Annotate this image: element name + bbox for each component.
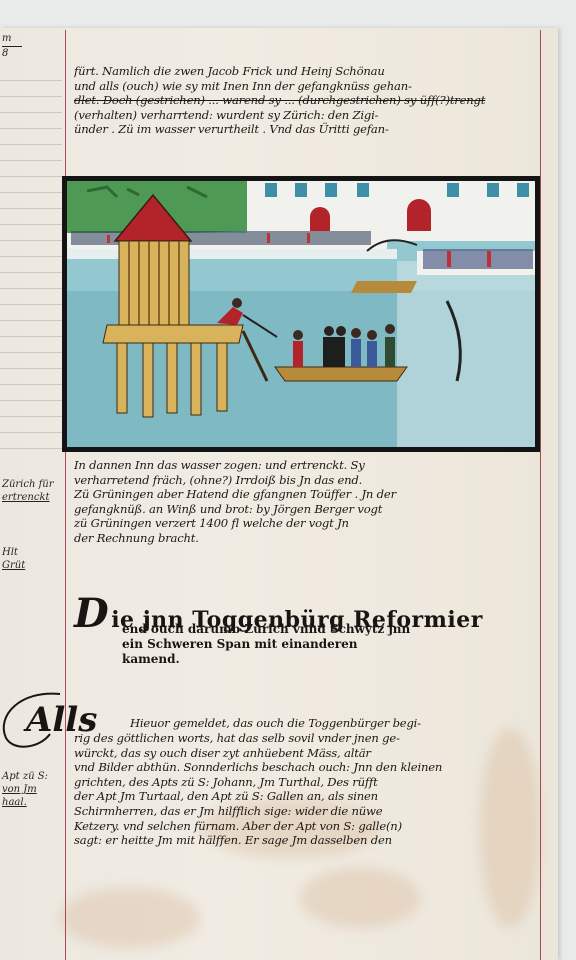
subheading-line: ein Schweren Span mit einanderen bbox=[122, 637, 410, 652]
text-line: ünder . Zü im wasser verurtheilt . Vnd d… bbox=[74, 122, 544, 137]
margin-note-line: Grüt bbox=[2, 559, 25, 572]
margin-note-line: Zürich für bbox=[2, 478, 54, 491]
text-line: Ketzery. vnd selchen fürnam. Aber der Ap… bbox=[74, 819, 544, 834]
flourish-icon bbox=[0, 686, 70, 756]
margin-note-line: von Jm bbox=[2, 783, 48, 796]
text-line: der Apt Jm Turtaal, den Apt zü S: Gallen… bbox=[74, 789, 544, 804]
margin-note-line: ertrenckt bbox=[2, 491, 54, 504]
text-line: (verhalten) verharrtend: wurdent sy Züri… bbox=[74, 108, 544, 123]
margin-note-line: Apt zü S: bbox=[2, 770, 48, 783]
text-line: dlet. Doch (gestrichen) ... warend sy ..… bbox=[74, 93, 544, 108]
miniature-illustration bbox=[62, 176, 540, 452]
drowning-scene-image bbox=[67, 181, 535, 447]
margin-note-line: Hlt bbox=[2, 546, 25, 559]
bottom-paragraph: rig des göttlichen worts, hat das selb s… bbox=[74, 731, 544, 848]
corner-note-line: m bbox=[2, 32, 22, 46]
text-line: der Rechnung bracht. bbox=[74, 531, 544, 546]
text-line: vnd Bilder abthün. Sonnderlichs beschach… bbox=[74, 760, 544, 775]
text-line: Hieuor gemeldet, das ouch die Toggenbürg… bbox=[130, 716, 540, 731]
middle-paragraph: In dannen Inn das wasser zogen: und ertr… bbox=[74, 458, 544, 546]
margin-note: Apt zü S: von Jm haal. bbox=[2, 770, 48, 809]
left-margin-rule bbox=[65, 30, 66, 960]
text-line: rig des göttlichen worts, hat das selb s… bbox=[74, 731, 544, 746]
subheading-line: kamend. bbox=[122, 652, 410, 667]
text-line: verharretend fräch, (ohne?) Irrdoiß bis … bbox=[74, 473, 544, 488]
text-line: sagt: er heitte Jm mit hälffen. Er sage … bbox=[74, 833, 544, 848]
section-subheading: end ouch darumb Zürich vnnd Schwytz jnn … bbox=[122, 622, 410, 667]
text-line: zü Grüningen verzert 1400 fl welche der … bbox=[74, 516, 544, 531]
corner-note-line: 8 bbox=[2, 46, 22, 61]
subheading-line: end ouch darumb Zürich vnnd Schwytz jnn bbox=[122, 622, 410, 637]
text-line: und alls (ouch) wie sy mit Inen Inn der … bbox=[74, 79, 544, 94]
bleed-through-text bbox=[0, 70, 62, 450]
margin-note-line: haal. bbox=[2, 796, 48, 809]
margin-note: Hlt Grüt bbox=[2, 546, 25, 572]
text-line: Schirmherren, das er Jm hilfflich sige: … bbox=[74, 804, 544, 819]
bottom-paragraph-first-line: Hieuor gemeldet, das ouch die Toggenbürg… bbox=[130, 716, 540, 731]
decorated-initial: D bbox=[74, 590, 109, 637]
text-line: würckt, das sy ouch diser zyt anhüebent … bbox=[74, 746, 544, 761]
text-line: grichten, des Apts zü S: Johann, Jm Turt… bbox=[74, 775, 544, 790]
water-stain bbox=[60, 888, 200, 948]
text-line: fürt. Namlich die zwen Jacob Frick und H… bbox=[74, 64, 544, 79]
text-line: Zü Grüningen aber Hatend die gfangnen To… bbox=[74, 487, 544, 502]
text-line: gefangknüß. an Winß und brot: by Jörgen … bbox=[74, 502, 544, 517]
margin-note: Zürich für ertrenckt bbox=[2, 478, 54, 504]
corner-folio-note: m 8 bbox=[2, 32, 22, 61]
top-paragraph: fürt. Namlich die zwen Jacob Frick und H… bbox=[74, 64, 544, 137]
text-line: In dannen Inn das wasser zogen: und ertr… bbox=[74, 458, 544, 473]
water-stain bbox=[300, 868, 420, 928]
